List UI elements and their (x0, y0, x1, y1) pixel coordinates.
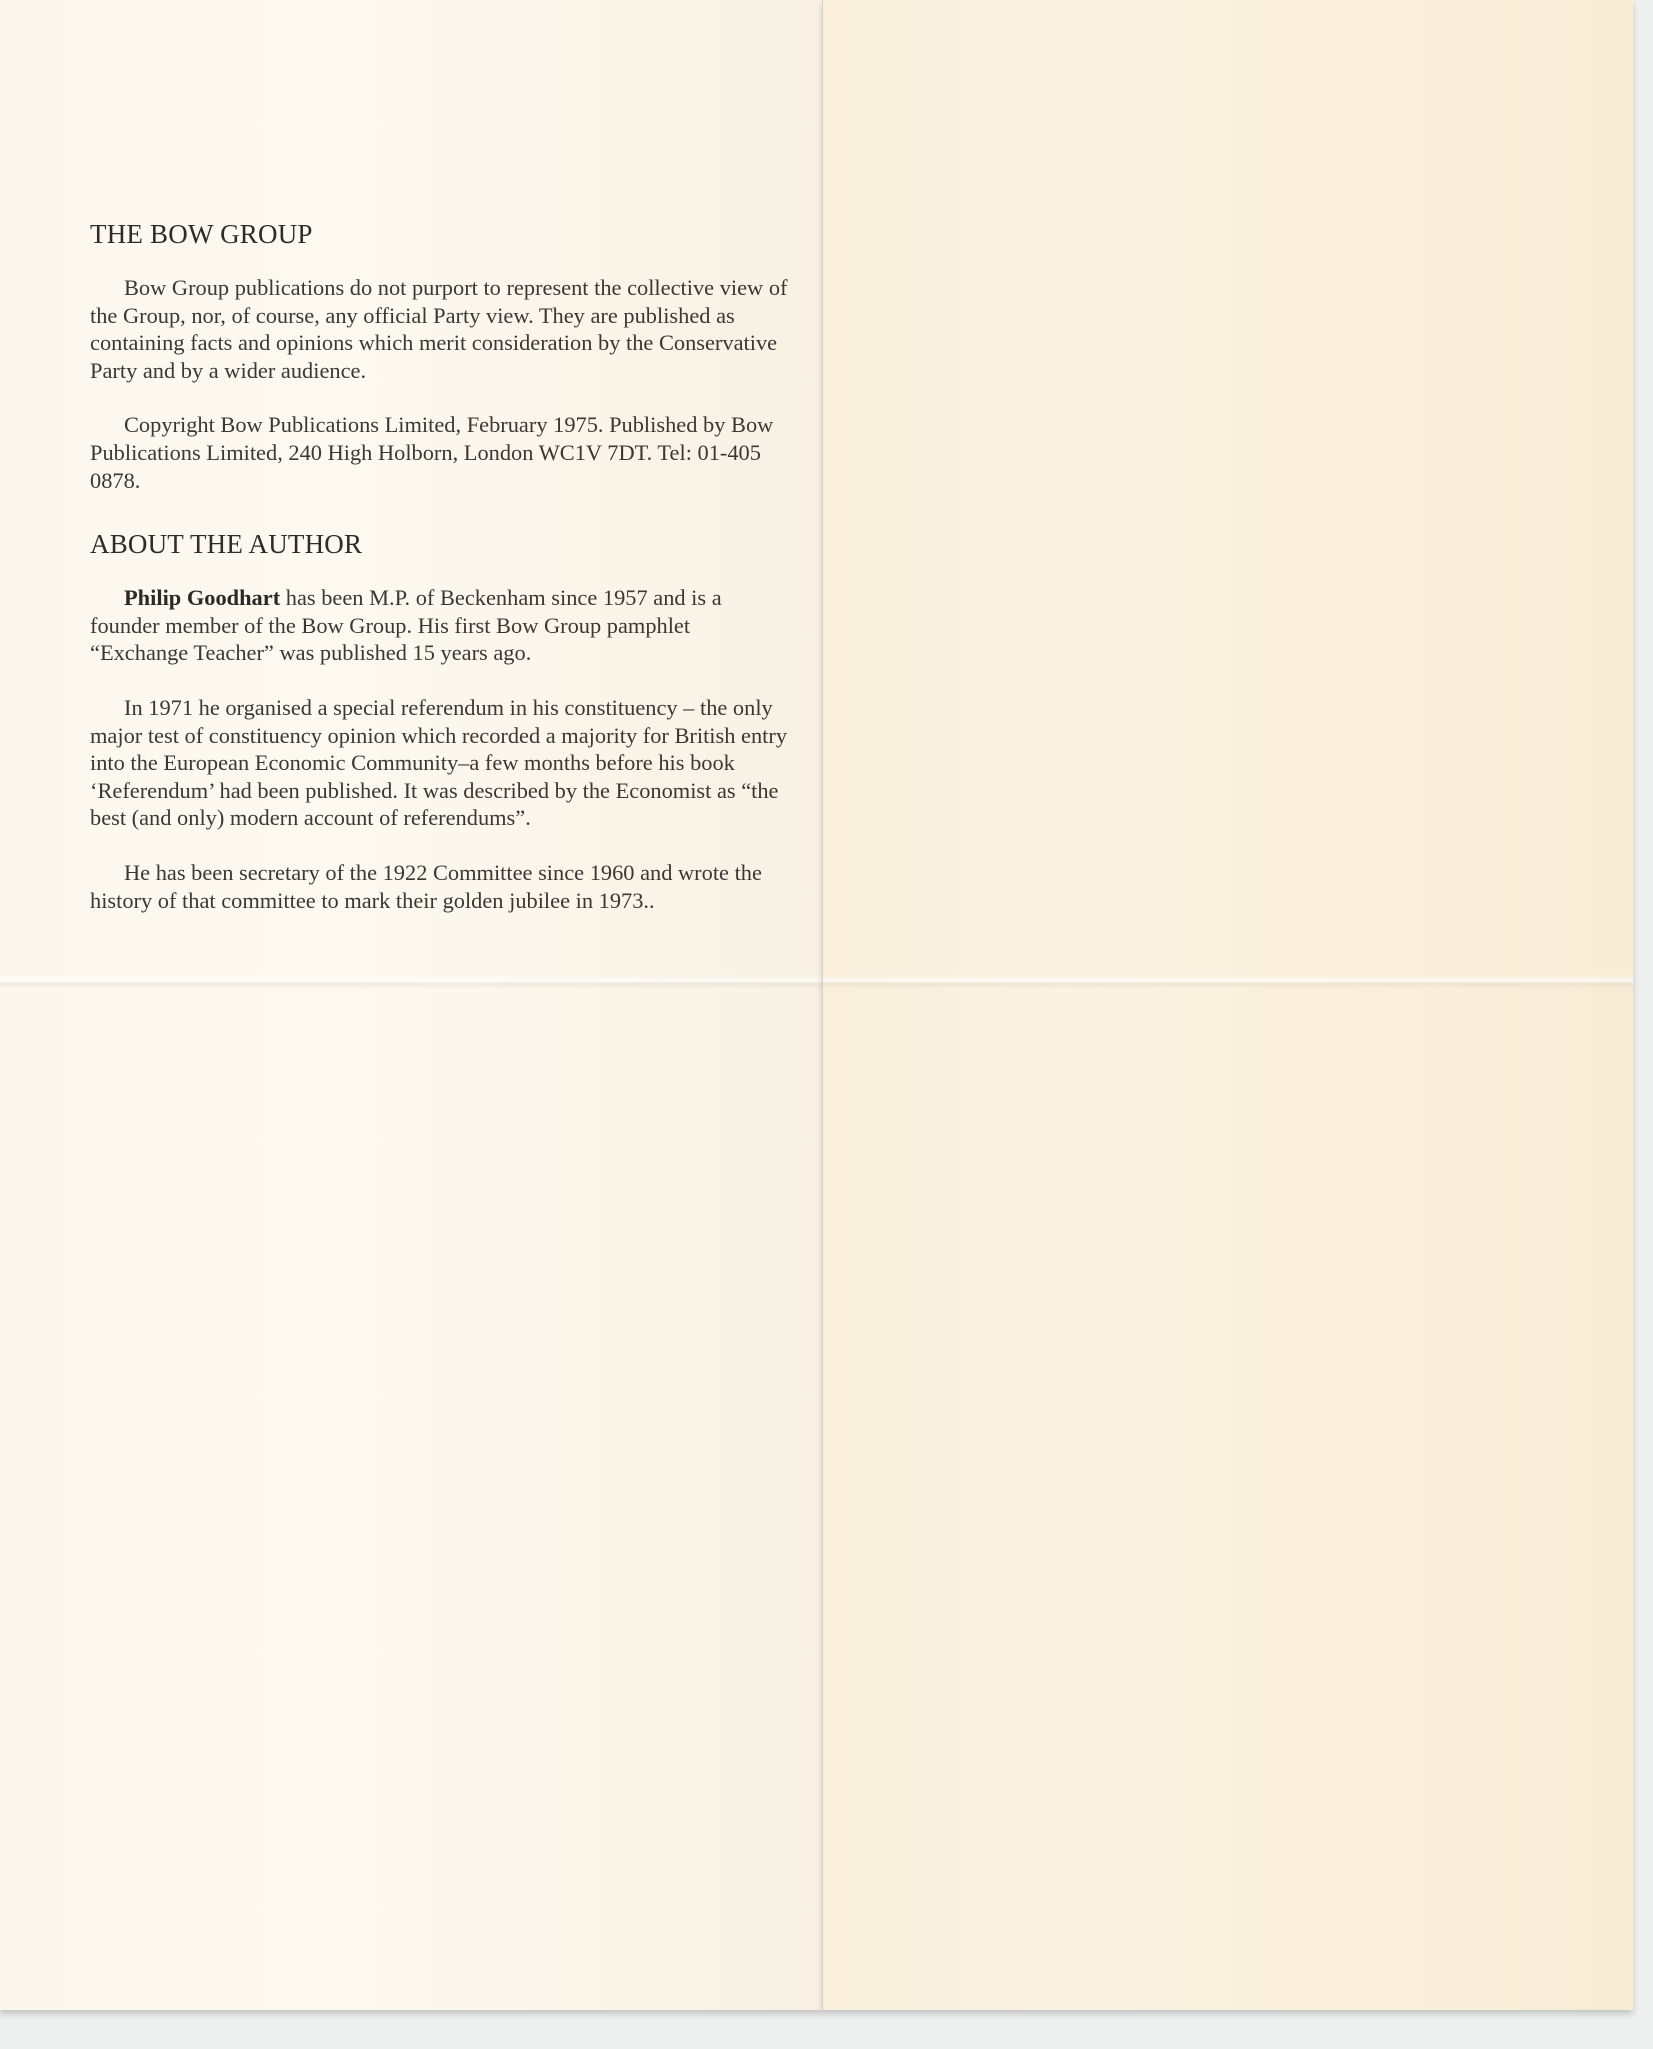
author-name: Philip Goodhart (124, 585, 280, 610)
right-page: INTRODUCTION When the Committee stage of… (822, 0, 1633, 2010)
left-column: THE BOW GROUP Bow Group publications do … (90, 218, 790, 914)
author-referendum-paragraph: In 1971 he organised a special referendu… (90, 694, 790, 832)
left-page: THE BOW GROUP Bow Group publications do … (0, 0, 822, 2010)
paper-fold-crease (823, 975, 1633, 989)
paper-fold-crease (0, 975, 822, 989)
copyright-notice: Copyright Bow Publications Limited, Febr… (90, 411, 790, 494)
heading-bow-group: THE BOW GROUP (90, 218, 790, 250)
bow-group-disclaimer: Bow Group publications do not purport to… (90, 274, 790, 384)
author-bio-paragraph: Philip Goodhart has been M.P. of Beckenh… (90, 584, 790, 667)
author-committee-paragraph: He has been secretary of the 1922 Commit… (90, 859, 790, 914)
heading-about-author: ABOUT THE AUTHOR (90, 528, 790, 560)
